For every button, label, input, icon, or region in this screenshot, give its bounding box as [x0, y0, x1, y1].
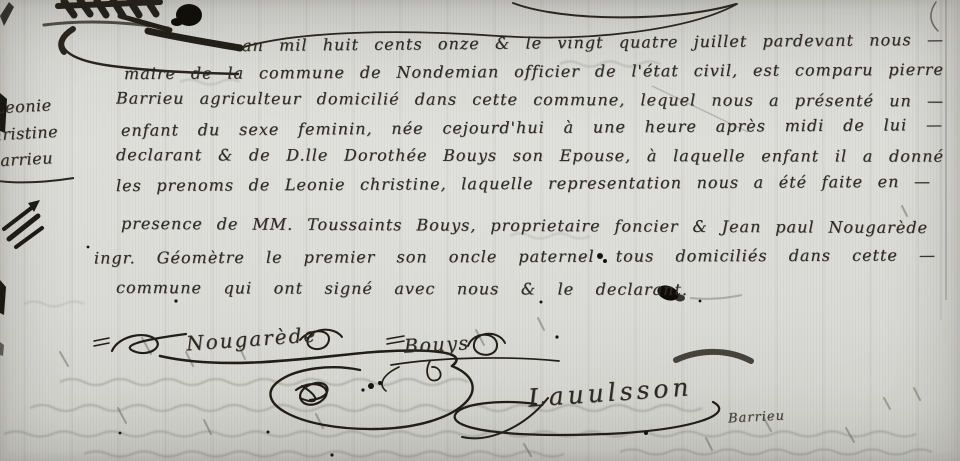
act-line: maire de la commune de Nondemian officie… [124, 59, 944, 89]
margin-slashes [4, 200, 42, 247]
signature-bouys: Bouys [403, 332, 470, 357]
act-line: les prenoms de Leonie christine, laquell… [116, 171, 931, 201]
act-line: Barrieu agriculteur domicilié dans cette… [116, 88, 944, 117]
top-bleed-marks [44, 0, 240, 48]
margin-note-line: Barrieu [0, 148, 53, 170]
signature-declarant: Barrieu [728, 409, 786, 427]
margin-note-line: Leonie [0, 96, 52, 118]
act-line: ingr. Géomètre le premier son oncle pate… [94, 245, 936, 274]
margin-underline [0, 178, 74, 182]
ink-blob [171, 4, 202, 26]
act-line: declarant & de D.lle Dorothée Bouys son … [116, 144, 944, 171]
edge-artifacts [0, 2, 14, 356]
act-line: commune qui ont signé avec nous & le dec… [116, 277, 688, 305]
document-scan: Leonie christine Barrieu an mil huit cen… [0, 0, 960, 461]
act-line: presence de MM. Toussaints Bouys, propri… [121, 213, 928, 243]
